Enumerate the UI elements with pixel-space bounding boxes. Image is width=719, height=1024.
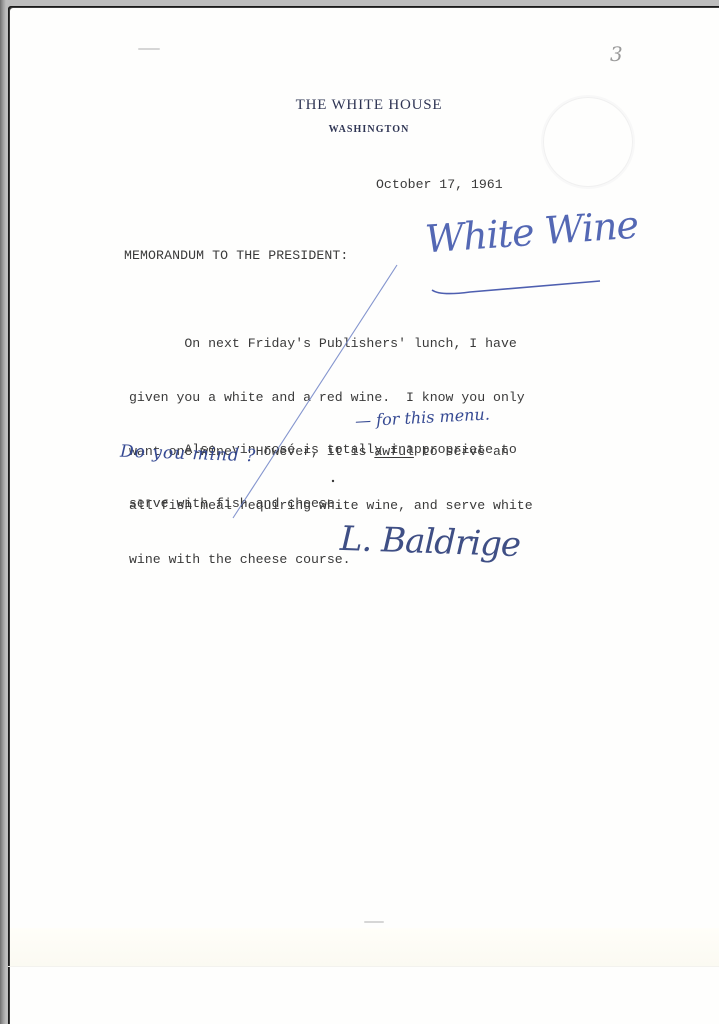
paper-fold-line [8,966,719,967]
memo-salutation: MEMORANDUM TO THE PRESIDENT: [124,247,348,265]
signature: L. Baldrige [339,519,520,565]
memo-date: October 17, 1961 [376,176,503,194]
scan-speck [138,48,160,50]
paragraph-line: On next Friday's Publishers' lunch, I ha… [129,335,533,353]
letterhead-title: THE WHITE HOUSE [0,97,719,114]
paper-fold-band [10,928,719,966]
page-number: 3 [610,42,623,66]
scan-speck [364,921,384,923]
letterhead-subtitle: WASHINGTON [0,124,719,135]
paragraph-line: serve with fish and cheese. [129,495,517,513]
